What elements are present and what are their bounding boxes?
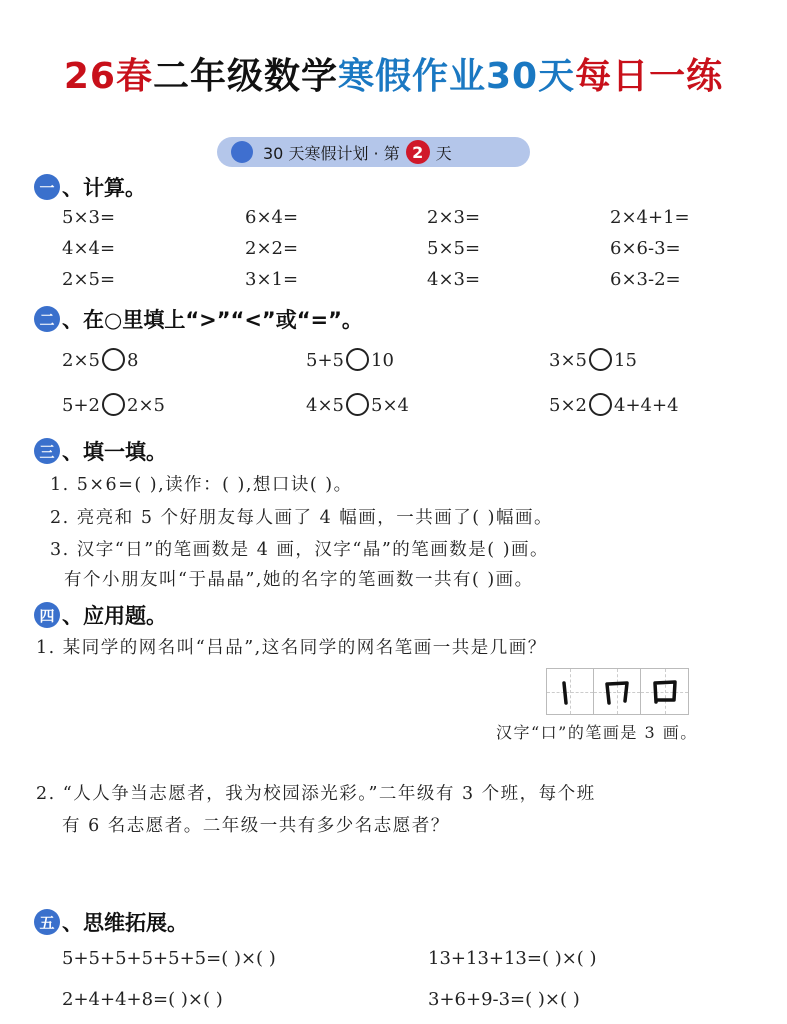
day-number-badge: 2 [406, 140, 430, 164]
compare-problem: 2×58 [62, 349, 138, 373]
plan-prefix: 30 天寒假计划 · 第 [263, 141, 400, 164]
problem: 2×2= [245, 237, 298, 261]
compare-problem: 3×515 [549, 349, 637, 373]
section-number-badge: 三 [34, 438, 60, 464]
section-number-badge: 五 [34, 909, 60, 935]
title-daily: 每日一练 [575, 56, 723, 97]
thinking-problem: 3+6+9-3=( )×( ) [428, 988, 580, 1012]
title-homework: 寒假作业30天 [338, 56, 575, 97]
section-title: 、计算。 [62, 172, 146, 202]
answer-circle[interactable] [346, 393, 369, 416]
stroke-cell [641, 669, 688, 714]
problem: 5×5= [427, 237, 480, 261]
title-grade-subject: 二年级数学 [153, 56, 338, 97]
thinking-problem: 13+13+13=( )×( ) [428, 947, 597, 971]
thinking-problem: 2+4+4+8=( )×( ) [62, 988, 223, 1012]
stroke-vertical-icon [555, 677, 585, 707]
answer-circle[interactable] [346, 348, 369, 371]
answer-circle[interactable] [102, 348, 125, 371]
stroke-order-grid [546, 668, 689, 715]
section-1-heading: 一 、计算。 [34, 172, 146, 202]
worksheet-title: 26春二年级数学寒假作业30天每日一练 [0, 52, 787, 102]
problem: 4×3= [427, 268, 480, 292]
section-number-badge: 一 [34, 174, 60, 200]
compare-problem: 5+22×5 [62, 394, 165, 418]
problem: 6×6-3= [610, 237, 681, 261]
fill-item-1: 1. 5×6=( ),读作：( ),想口诀( )。 [50, 472, 353, 498]
section-title: 、填一填。 [62, 436, 167, 466]
word-problem-2: 2. “人人争当志愿者，我为校园添光彩。”二年级有 3 个班，每个班 [36, 781, 596, 807]
section-title: 、思维拓展。 [62, 907, 188, 937]
problem: 2×4+1= [610, 206, 690, 230]
problem: 2×3= [427, 206, 480, 230]
section-3-heading: 三 、填一填。 [34, 436, 167, 466]
problem: 4×4= [62, 237, 115, 261]
answer-circle[interactable] [102, 393, 125, 416]
section-2-heading: 二 、在○里填上“>”“<”或“=”。 [34, 304, 363, 334]
section-4-heading: 四 、应用题。 [34, 600, 167, 630]
section-title: 、在○里填上“>”“<”或“=”。 [62, 304, 363, 334]
plan-suffix: 天 [436, 141, 452, 164]
stroke-cell [594, 669, 641, 714]
stroke-turn-icon [602, 677, 632, 707]
problem: 6×3-2= [610, 268, 681, 292]
problem: 5×3= [62, 206, 115, 230]
title-year: 26春 [64, 56, 153, 97]
fill-item-2: 2. 亮亮和 5 个好朋友每人画了 4 幅画，一共画了( )幅画。 [50, 505, 553, 531]
word-problem-1: 1. 某同学的网名叫“吕品”,这名同学的网名笔画一共是几画？ [36, 635, 547, 661]
word-problem-2-cont: 有 6 名志愿者。二年级一共有多少名志愿者？ [62, 813, 450, 839]
stroke-caption: 汉字“口”的笔画是 3 画。 [496, 720, 698, 746]
kou-character-icon [650, 677, 680, 707]
problem: 3×1= [245, 268, 298, 292]
fill-item-3-cont: 有个小朋友叫“于晶晶”,她的名字的笔画数一共有( )画。 [64, 567, 534, 593]
plan-banner: 30 天寒假计划 · 第 2 天 [217, 137, 530, 167]
problem: 2×5= [62, 268, 115, 292]
stroke-cell [547, 669, 594, 714]
answer-circle[interactable] [589, 393, 612, 416]
fill-item-3: 3. 汉字“日”的笔画数是 4 画，汉字“晶”的笔画数是( )画。 [50, 537, 549, 563]
thinking-problem: 5+5+5+5+5+5=( )×( ) [62, 947, 276, 971]
section-number-badge: 四 [34, 602, 60, 628]
answer-circle[interactable] [589, 348, 612, 371]
section-title: 、应用题。 [62, 600, 167, 630]
section-number-badge: 二 [34, 306, 60, 332]
dot-icon [231, 141, 253, 163]
compare-problem: 5×24+4+4 [549, 394, 679, 418]
compare-problem: 5+510 [306, 349, 394, 373]
section-5-heading: 五 、思维拓展。 [34, 907, 188, 937]
problem: 6×4= [245, 206, 298, 230]
compare-problem: 4×55×4 [306, 394, 409, 418]
